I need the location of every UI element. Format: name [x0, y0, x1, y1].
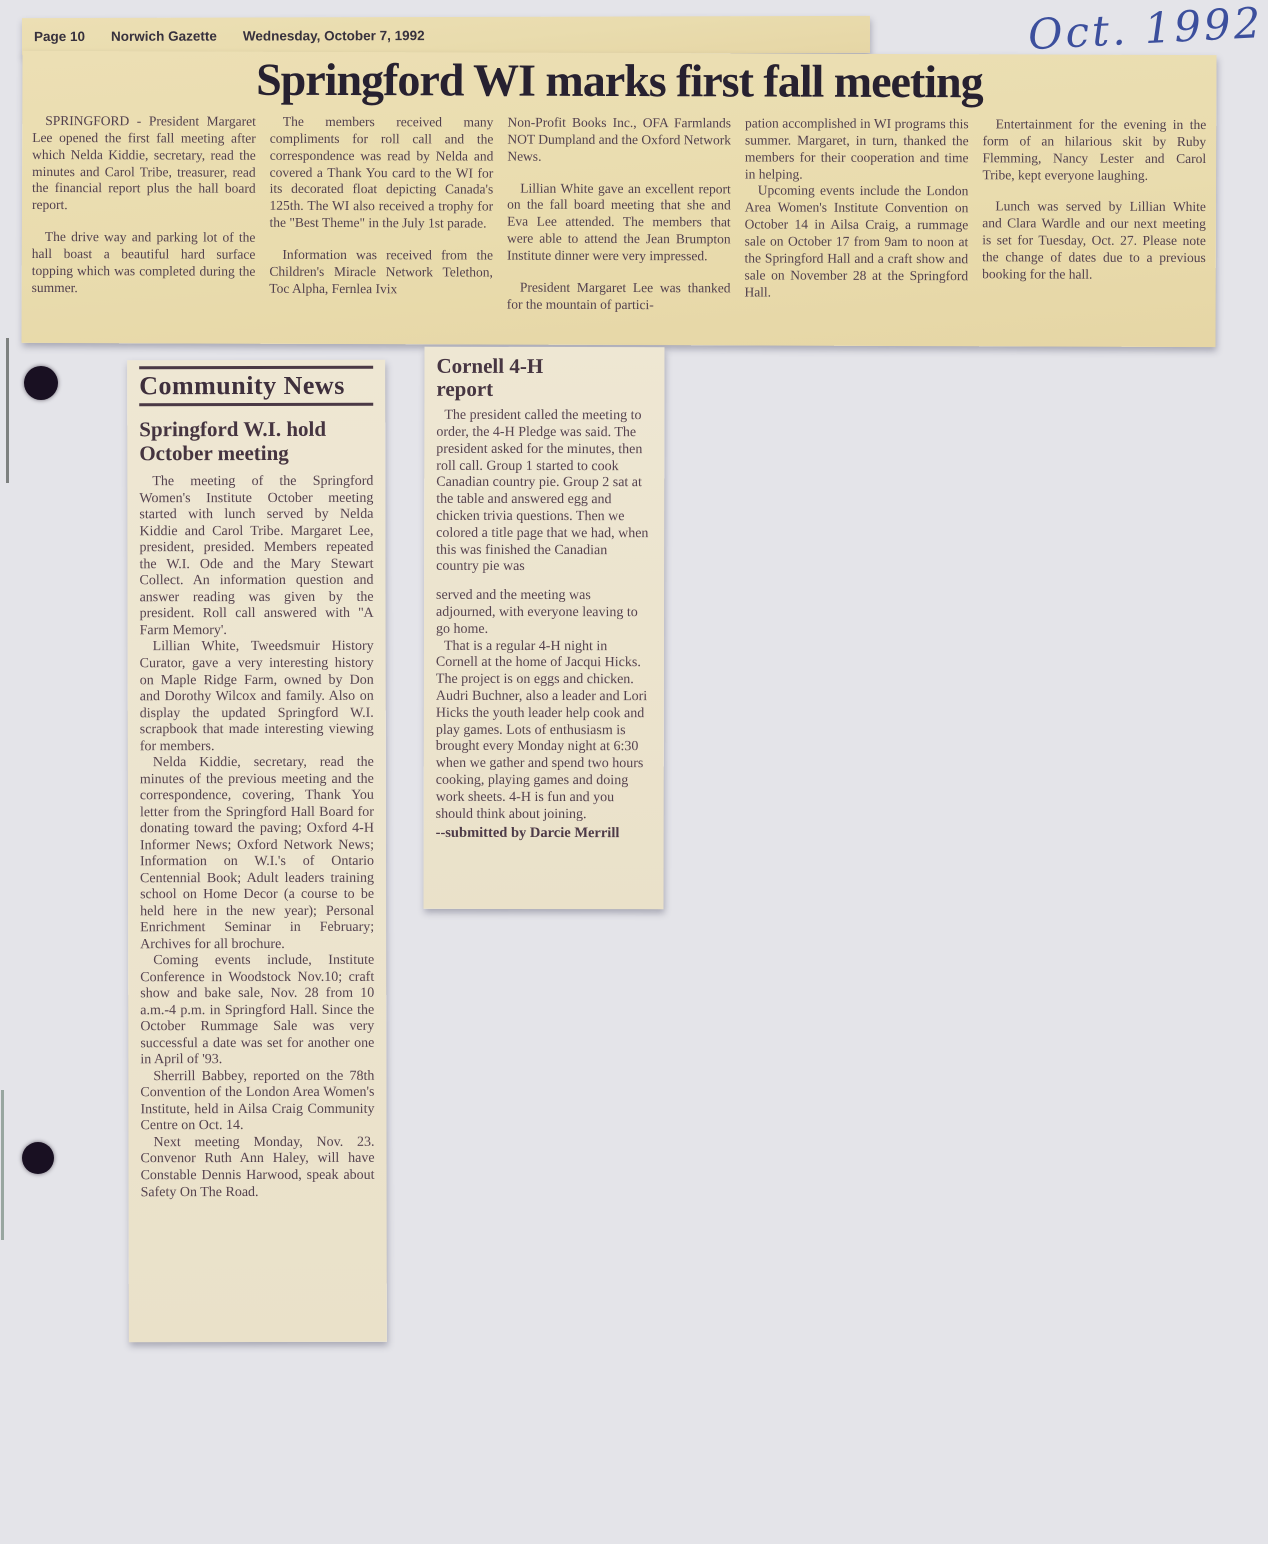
cornell-byline: --submitted by Darcie Merrill [436, 825, 652, 842]
article-column-1: SPRINGFORD - President Margaret Lee open… [32, 113, 256, 313]
newspaper-name: Norwich Gazette [111, 29, 217, 44]
article-column-3: Non-Profit Books Inc., OFA Farmlands NOT… [507, 115, 731, 315]
section-rule-bottom [139, 403, 373, 406]
paragraph: That is a regular 4-H night in Cornell a… [436, 638, 652, 823]
community-news-clipping: Community News Springford W.I. hold Octo… [127, 360, 387, 1342]
paragraph: Entertainment for the evening in the for… [982, 116, 1206, 184]
paragraph: Next meeting Monday, Nov. 23. Convenor R… [140, 1135, 374, 1201]
paragraph: Information was received from the Childr… [269, 247, 493, 298]
main-article-columns: SPRINGFORD - President Margaret Lee open… [32, 113, 1207, 316]
main-article-clipping: Springford WI marks first fall meeting S… [21, 51, 1216, 347]
paragraph: pation accomplished in WI programs this … [745, 115, 969, 183]
section-title: Community News [139, 372, 373, 400]
paragraph: Coming events include, Institute Confere… [140, 953, 374, 1069]
newspaper-date: Wednesday, October 7, 1992 [243, 28, 425, 43]
hole-punch-top [24, 366, 58, 400]
paragraph: Lunch was served by Lillian White and Cl… [982, 199, 1206, 284]
hole-punch-bottom [22, 1142, 54, 1174]
paragraph: Sherrill Babbey, reported on the 78th Co… [140, 1069, 374, 1135]
cornell-title-line2: report [436, 378, 652, 401]
cornell-report-clipping: Cornell 4-H report The president called … [424, 347, 665, 909]
article-column-2: The members received many compliments fo… [269, 114, 493, 314]
newspaper-header-strip: Page 10 Norwich Gazette Wednesday, Octob… [22, 16, 870, 55]
handwritten-date: Oct. 1992 [1027, 0, 1268, 59]
cornell-article-body: The president called the meeting to orde… [436, 408, 653, 824]
newspaper-page-label: Page 10 [34, 29, 85, 44]
scan-edge-artifact [1, 1090, 4, 1240]
main-headline: Springford WI marks first fall meeting [32, 53, 1206, 110]
paragraph: The members received many compliments fo… [269, 114, 493, 233]
paragraph: Nelda Kiddie, secretary, read the minute… [140, 755, 374, 954]
paragraph: The meeting of the Springford Women's In… [139, 474, 373, 640]
scan-edge-artifact [6, 338, 9, 483]
paragraph: Lillian White, Tweedsmuir History Curato… [140, 639, 374, 755]
paragraph: The president called the meeting to orde… [436, 408, 652, 576]
cornell-title-line1: Cornell 4-H [436, 355, 652, 378]
scrapbook-page: Oct. 1992 Page 10 Norwich Gazette Wednes… [0, 0, 1268, 1544]
paragraph: Non-Profit Books Inc., OFA Farmlands NOT… [507, 115, 731, 166]
article-column-5: Entertainment for the evening in the for… [982, 116, 1206, 316]
paragraph: SPRINGFORD - President Margaret Lee open… [32, 113, 256, 215]
article-column-4: pation accomplished in WI programs this … [744, 115, 968, 315]
paragraph: The drive way and parking lot of the hal… [32, 229, 256, 297]
paragraph: President Margaret Lee was thanked for t… [507, 279, 731, 314]
section-rule-top [139, 366, 373, 369]
paragraph: Lillian White gave an excellent report o… [507, 180, 731, 265]
community-article-body: The meeting of the Springford Women's In… [139, 474, 374, 1201]
paragraph: served and the meeting was adjourned, wi… [436, 588, 652, 639]
community-article-title: Springford W.I. hold October meeting [139, 418, 373, 465]
paragraph: Upcoming events include the London Area … [744, 183, 968, 302]
